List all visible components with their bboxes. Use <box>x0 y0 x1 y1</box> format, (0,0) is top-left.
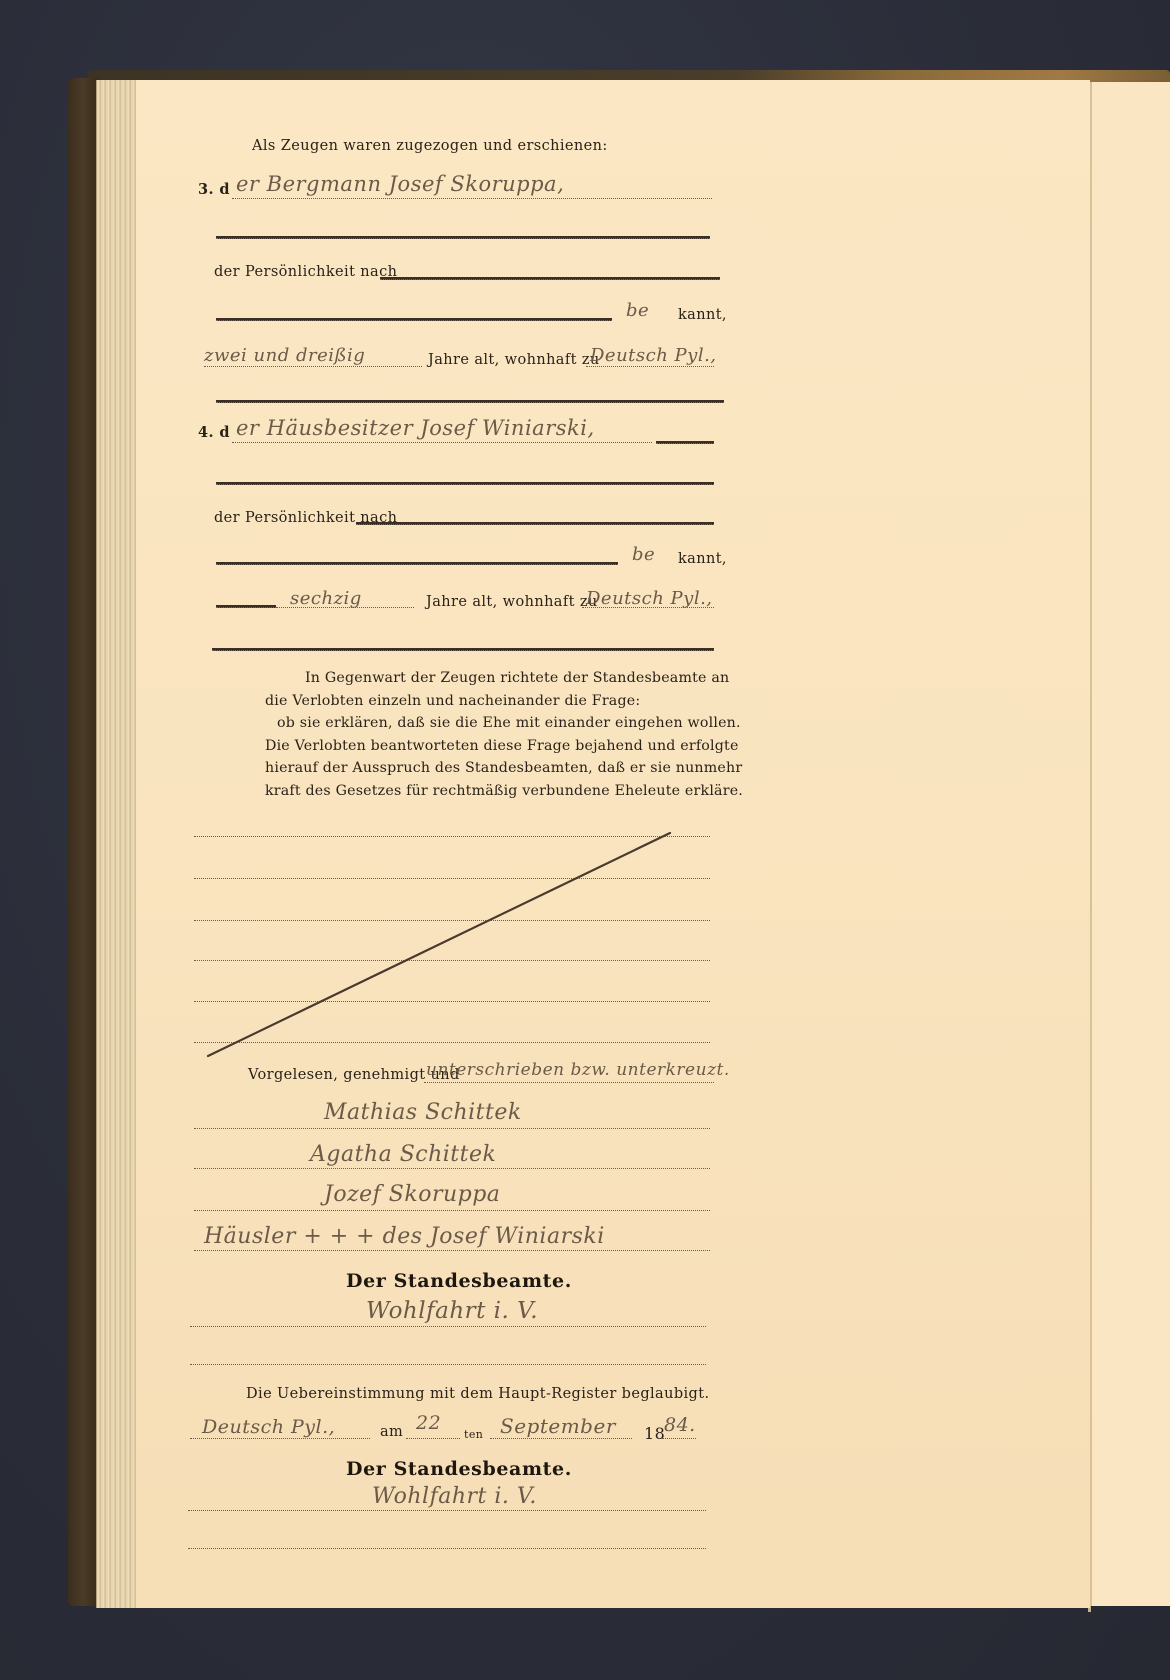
registrar-title-2: Der Standesbeamte. <box>346 1458 572 1480</box>
signature-groom: Mathias Schittek <box>324 1100 522 1125</box>
certification-year-hand: 84. <box>664 1414 696 1436</box>
certification-month-line <box>490 1438 632 1439</box>
signature-witness-3: Jozef Skoruppa <box>324 1182 500 1207</box>
certification-am-label: am <box>380 1424 403 1440</box>
certification-text: Die Uebereinstimmung mit dem Haupt-Regis… <box>246 1386 709 1402</box>
registrar-signature-2-line <box>188 1510 706 1511</box>
registrar-signature-line <box>190 1326 706 1327</box>
certification-year-line <box>662 1438 696 1439</box>
registrar-signature-2: Wohlfahrt i. V. <box>372 1484 537 1509</box>
closing-line <box>424 1082 714 1083</box>
certification-day-line <box>406 1438 460 1439</box>
certification-day-hand: 22 <box>416 1412 441 1434</box>
signature-line <box>194 1128 710 1129</box>
blank-line <box>190 1364 706 1365</box>
signature-bride: Agatha Schittek <box>310 1142 496 1167</box>
blank-line <box>188 1548 706 1549</box>
certification-year-prefix: 18 <box>644 1424 665 1443</box>
certification-place-hand: Deutsch Pyl., <box>202 1416 335 1438</box>
registrar-title: Der Standesbeamte. <box>346 1270 572 1292</box>
signature-line <box>194 1168 710 1169</box>
signature-line <box>194 1210 710 1211</box>
closing-hand: unterschrieben bzw. unterkreuzt. <box>426 1060 730 1080</box>
certification-place-line <box>190 1438 370 1439</box>
signature-line <box>194 1250 710 1251</box>
certification-month-hand: September <box>470 1414 616 1438</box>
registrar-signature: Wohlfahrt i. V. <box>366 1298 538 1324</box>
signature-witness-4: Häusler + + + des Josef Winiarski <box>204 1224 605 1249</box>
